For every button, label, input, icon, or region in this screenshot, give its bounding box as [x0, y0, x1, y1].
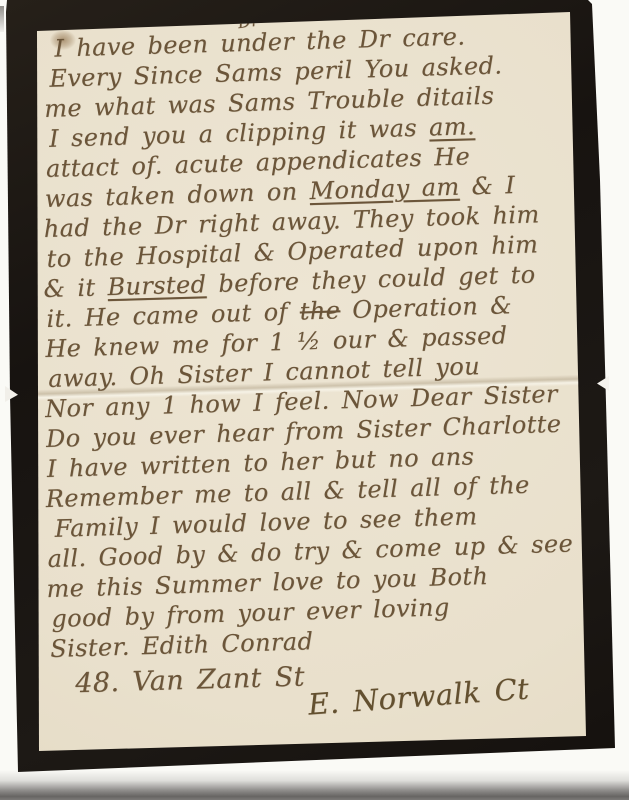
line-text: Operation & [340, 291, 512, 324]
underlined-word: Monday am [309, 173, 460, 205]
letter-paper: I have been under the Dr care. Every Sin… [0, 0, 629, 800]
line-text: & I [459, 171, 516, 201]
letter-body: I have been under the Dr care. Every Sin… [42, 18, 597, 724]
underlined-word: Bursted [107, 270, 207, 301]
underlined-word: am. [429, 112, 476, 141]
scanned-letter-page: I have been under the Dr care. Every Sin… [0, 0, 629, 800]
struck-word: the [299, 296, 340, 325]
scan-speck [0, 6, 4, 32]
scanner-shadow [0, 770, 629, 800]
signature-text: Sister. Edith Conrad [50, 627, 314, 663]
line-text: & it [43, 273, 108, 303]
